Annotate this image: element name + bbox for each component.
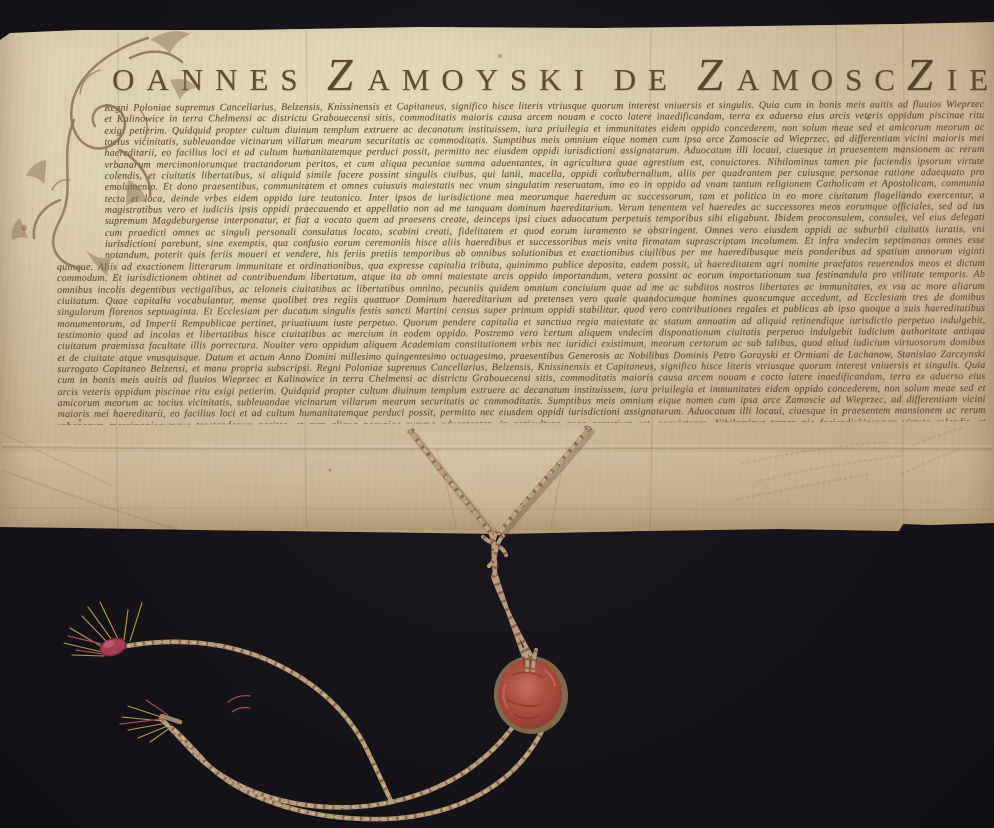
charter-body: Regni Poloniae supremus Cancellarius, Be… bbox=[56, 99, 985, 425]
heading-letter: Z bbox=[695, 55, 727, 95]
heading-letter: N bbox=[215, 60, 237, 100]
heading-letter: Z bbox=[325, 55, 357, 95]
heading-letter: O bbox=[811, 60, 833, 100]
cord-tassel-pink bbox=[64, 602, 142, 659]
heading-letter: K bbox=[539, 60, 561, 100]
seal-cord-notch bbox=[522, 656, 538, 669]
heading-letter: E bbox=[249, 60, 268, 100]
heading-letter: I bbox=[947, 60, 957, 100]
cord-tassel-frayed bbox=[120, 696, 250, 742]
heading-letter: A bbox=[367, 60, 389, 100]
heading-letter: A bbox=[737, 60, 759, 100]
heading-letter: S bbox=[280, 60, 297, 100]
heading-letter: S bbox=[510, 60, 527, 100]
heading-letter: C bbox=[874, 60, 895, 100]
heading-letter: Z bbox=[905, 55, 937, 95]
heading-letter: D bbox=[614, 60, 636, 100]
charter-body-text: Regni Poloniae supremus Cancellarius, Be… bbox=[57, 99, 986, 425]
heading-letter: S bbox=[845, 60, 862, 100]
heading-letter: N bbox=[181, 60, 203, 100]
photo-backdrop: OANNES ZAMOYSKI DE ZAMOSCZIE Regni Polon… bbox=[0, 0, 994, 828]
initial-spacer bbox=[56, 103, 105, 255]
heading-letter: M bbox=[771, 60, 799, 100]
wax-seal bbox=[489, 649, 573, 739]
charter-heading: OANNES ZAMOYSKI DE ZAMOSCZIE bbox=[112, 60, 988, 102]
heading-letter: O bbox=[441, 60, 463, 100]
heading-letter: O bbox=[112, 60, 134, 100]
heading-letter: Y bbox=[476, 60, 498, 100]
heading-letter: E bbox=[969, 60, 988, 100]
heading-letter: E bbox=[648, 60, 667, 100]
heading-letter: I bbox=[573, 60, 583, 100]
heading-letter: M bbox=[402, 60, 430, 100]
cord-knot bbox=[483, 536, 506, 566]
heading-letter: A bbox=[146, 60, 168, 100]
